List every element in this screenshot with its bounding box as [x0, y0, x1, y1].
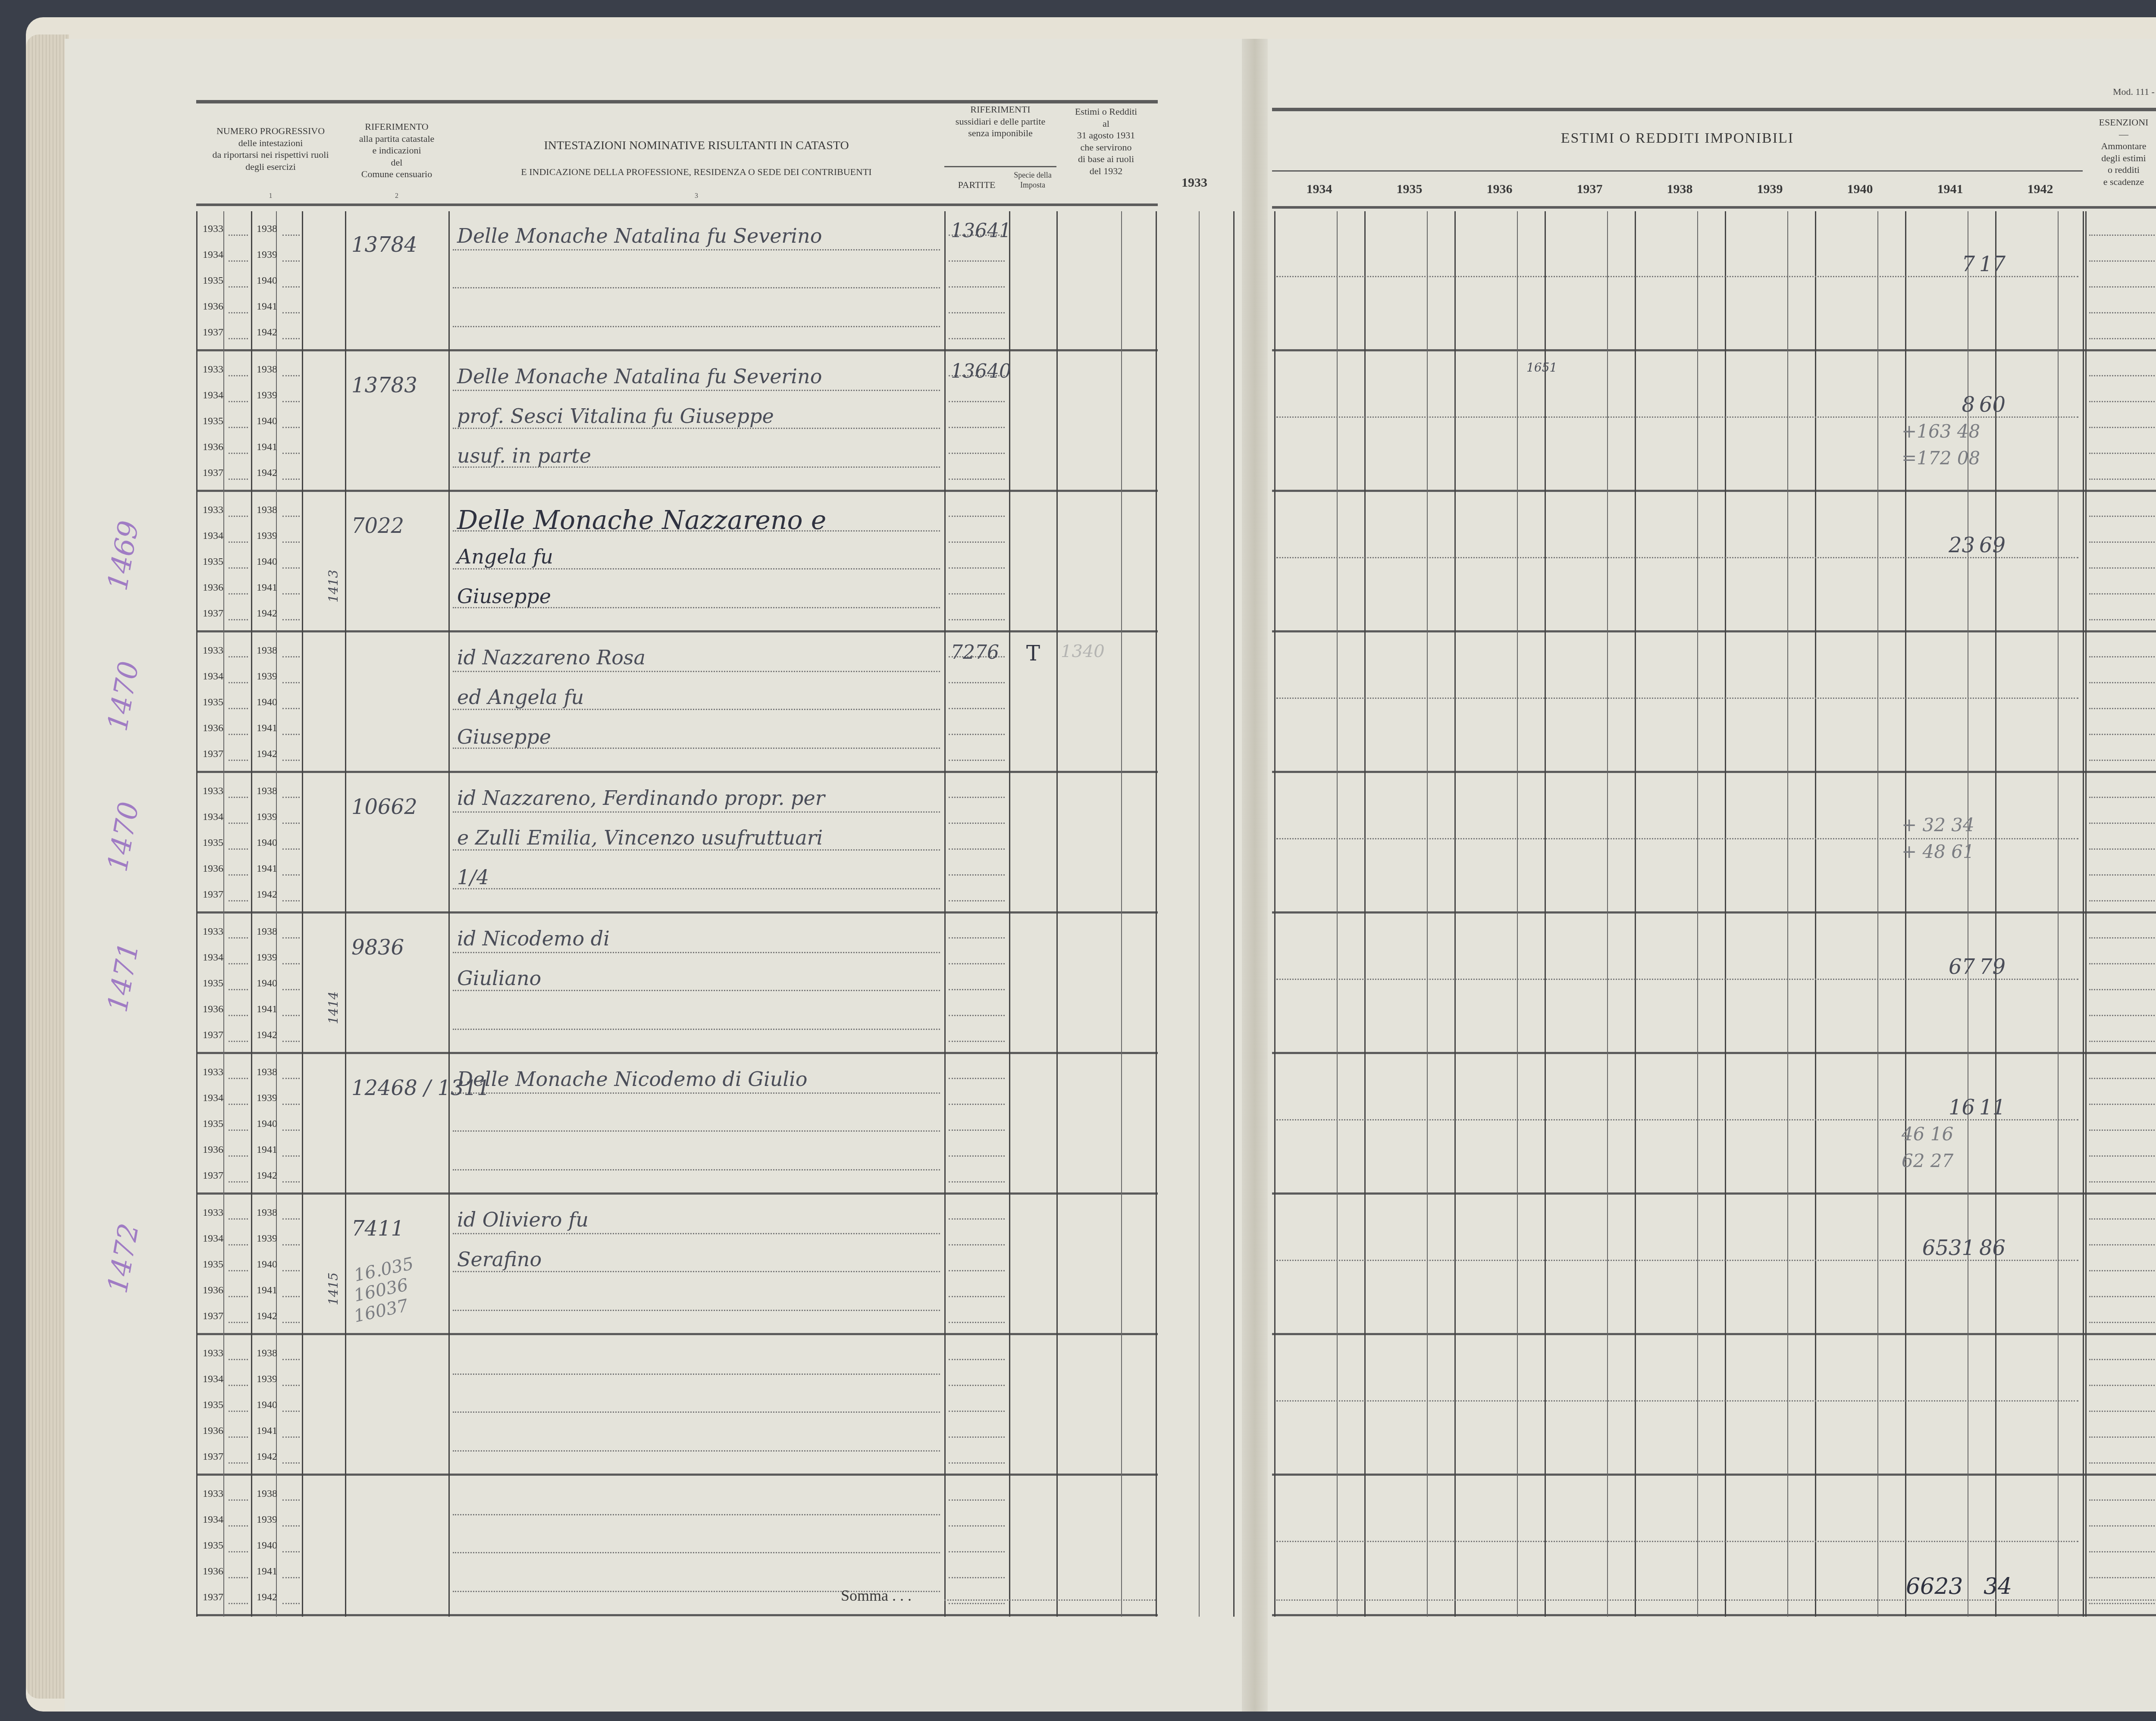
- year-label: 1937: [203, 608, 223, 620]
- year-label: 1942: [257, 748, 277, 760]
- year-label: 1939: [257, 1374, 277, 1385]
- header-esenzioni: ESENZIONI — Ammontare degli estimi o red…: [2083, 116, 2156, 188]
- intestazione-line: id Oliviero fu: [457, 1208, 589, 1231]
- year-label: 1934: [203, 1514, 223, 1526]
- year-label: 1938: [257, 926, 277, 938]
- value-1941: 16: [1906, 1095, 1975, 1120]
- header-riferimenti: RIFERIMENTI sussidiari e delle partite s…: [944, 103, 1056, 139]
- header-year-1935: 1935: [1364, 181, 1454, 197]
- year-label: 1941: [257, 1004, 277, 1015]
- year-label: 1940: [257, 1399, 277, 1411]
- intestazione-line: Delle Monache Nicodemo di Giulio: [457, 1067, 807, 1091]
- riferimento-partita: 7022: [351, 514, 404, 538]
- header-year-1939: 1939: [1725, 181, 1815, 197]
- year-label: 1935: [203, 556, 223, 568]
- year-label: 1937: [203, 1029, 223, 1041]
- year-label: 1938: [257, 1207, 277, 1219]
- year-label: 1942: [257, 1170, 277, 1182]
- partite-value: 13641: [951, 220, 1011, 242]
- year-label: 1933: [203, 223, 223, 235]
- year-label: 1935: [203, 1259, 223, 1270]
- year-label: 1936: [203, 301, 223, 313]
- year-label: 1939: [257, 249, 277, 261]
- somma-1941-cents: 34: [1984, 1574, 2012, 1599]
- year-label: 1936: [203, 723, 223, 734]
- year-label: 1937: [203, 889, 223, 901]
- value-1941-cents: 69: [1979, 533, 2006, 557]
- year-label: 1941: [257, 1144, 277, 1156]
- year-label: 1935: [203, 978, 223, 989]
- year-label: 1937: [203, 1592, 223, 1603]
- right-page: [1257, 39, 2156, 1712]
- intestazione-line: id Nazzareno, Ferdinando propr. per: [457, 786, 825, 810]
- year-label: 1933: [203, 504, 223, 516]
- header-partite: PARTITE: [944, 179, 1009, 191]
- header-year-1938: 1938: [1635, 181, 1725, 197]
- year-label: 1936: [203, 1144, 223, 1156]
- value-1941: 8: [1906, 393, 1975, 417]
- year-label: 1937: [203, 467, 223, 479]
- year-label: 1933: [203, 1207, 223, 1219]
- year-label: 1940: [257, 1259, 277, 1270]
- year-label: 1937: [203, 1451, 223, 1463]
- colnum-1: 1: [196, 192, 345, 200]
- value-1941: 23: [1906, 533, 1975, 557]
- year-label: 1940: [257, 697, 277, 708]
- intestazione-line: 1/4: [457, 866, 489, 889]
- year-label: 1942: [257, 327, 277, 338]
- somma-1941-value: 6623: [1906, 1574, 1963, 1599]
- year-label: 1941: [257, 582, 277, 594]
- somma-label: Somma . . .: [841, 1586, 912, 1605]
- year-label: 1940: [257, 416, 277, 427]
- year-label: 1933: [203, 645, 223, 657]
- header-estimi-1931: Estimi o Redditi al 31 agosto 1931 che s…: [1056, 106, 1156, 177]
- year-label: 1940: [257, 275, 277, 287]
- year-label: 1934: [203, 530, 223, 542]
- value-1941-cents: 79: [1979, 955, 2006, 979]
- year-label: 1937: [203, 327, 223, 338]
- year-label: 1942: [257, 608, 277, 620]
- year-label: 1935: [203, 837, 223, 849]
- year-label: 1941: [257, 723, 277, 734]
- year-label: 1936: [203, 863, 223, 875]
- year-label: 1937: [203, 748, 223, 760]
- riferimento-partita: 13784: [351, 233, 417, 257]
- riferimento-partita: 7411: [351, 1217, 404, 1241]
- form-code: Mod. 111 - Imposte Dirette (Intercalare): [2113, 86, 2156, 97]
- header-year-1934: 1934: [1274, 181, 1364, 197]
- colnum-3: 3: [448, 192, 944, 200]
- year-label: 1938: [257, 785, 277, 797]
- header-year-1940: 1940: [1815, 181, 1905, 197]
- year-label: 1940: [257, 978, 277, 989]
- year-label: 1938: [257, 645, 277, 657]
- year-label: 1938: [257, 504, 277, 516]
- value-1941-calc: +163 48: [1902, 421, 1980, 442]
- year-label: 1940: [257, 1540, 277, 1552]
- year-label: 1939: [257, 390, 277, 401]
- value-1941-calc: 62 27: [1902, 1150, 1953, 1171]
- value-1941-calc: + 32 34: [1902, 814, 1974, 835]
- year-label: 1941: [257, 1425, 277, 1437]
- intestazione-line: e Zulli Emilia, Vincenzo usufruttuari: [457, 826, 823, 849]
- value-1941-cents: 17: [1979, 252, 2006, 276]
- intestazione-line: Giuseppe: [457, 725, 551, 748]
- year-label: 1936: [203, 1004, 223, 1015]
- year-label: 1934: [203, 1233, 223, 1245]
- year-label: 1940: [257, 837, 277, 849]
- year-label: 1941: [257, 863, 277, 875]
- year-label: 1935: [203, 697, 223, 708]
- year-label: 1937: [203, 1311, 223, 1322]
- side-note: 1414: [326, 991, 341, 1024]
- year-label: 1936: [203, 1285, 223, 1296]
- pencil-note: 1651: [1526, 360, 1557, 375]
- header-year-1933: 1933: [1156, 175, 1233, 191]
- year-label: 1933: [203, 1067, 223, 1078]
- intestazione-line: Delle Monache Natalina fu Severino: [457, 365, 822, 388]
- header-specie: Specie della Imposta: [1009, 170, 1056, 190]
- year-label: 1935: [203, 1118, 223, 1130]
- value-1941-calc: + 48 61: [1902, 841, 1974, 862]
- year-label: 1938: [257, 223, 277, 235]
- year-label: 1940: [257, 556, 277, 568]
- intestazione-line: Giuliano: [457, 967, 541, 990]
- intestazione-line: usuf. in parte: [457, 444, 591, 467]
- value-1941-calc: =172 08: [1902, 447, 1980, 469]
- year-label: 1939: [257, 952, 277, 964]
- year-label: 1942: [257, 889, 277, 901]
- year-label: 1937: [203, 1170, 223, 1182]
- header-riferimento: RIFERIMENTO alla partita catastale e ind…: [345, 121, 448, 180]
- header-year-1942: 1942: [1995, 181, 2085, 197]
- intestazione-line: prof. Sesci Vitalina fu Giuseppe: [457, 404, 774, 428]
- year-label: 1941: [257, 1566, 277, 1577]
- year-label: 1938: [257, 1348, 277, 1359]
- header-year-1936: 1936: [1454, 181, 1545, 197]
- year-label: 1935: [203, 1540, 223, 1552]
- year-label: 1934: [203, 811, 223, 823]
- header-year-1937: 1937: [1545, 181, 1635, 197]
- intestazione-line: Serafino: [457, 1248, 542, 1271]
- year-label: 1936: [203, 441, 223, 453]
- year-label: 1938: [257, 364, 277, 375]
- year-label: 1934: [203, 1374, 223, 1385]
- header-intestazioni: INTESTAZIONI NOMINATIVE RISULTANTI IN CA…: [448, 138, 944, 153]
- book-gutter: [1242, 39, 1268, 1712]
- year-label: 1933: [203, 1488, 223, 1500]
- riferimento-partita: 9836: [351, 936, 404, 960]
- value-1941-calc: 46 16: [1902, 1123, 1953, 1145]
- side-note: 1415: [326, 1272, 341, 1305]
- year-label: 1933: [203, 785, 223, 797]
- year-label: 1935: [203, 1399, 223, 1411]
- intestazione-line: id Nicodemo di: [457, 927, 610, 950]
- year-label: 1940: [257, 1118, 277, 1130]
- year-label: 1942: [257, 1311, 277, 1322]
- year-label: 1941: [257, 1285, 277, 1296]
- year-label: 1934: [203, 671, 223, 682]
- value-1941: 7: [1906, 252, 1975, 276]
- year-label: 1936: [203, 1566, 223, 1577]
- year-label: 1938: [257, 1488, 277, 1500]
- year-label: 1939: [257, 1514, 277, 1526]
- pencil-note: 1340: [1061, 641, 1105, 661]
- year-label: 1942: [257, 1592, 277, 1603]
- left-page-edges: [26, 34, 69, 1699]
- intestazione-line: Delle Monache Natalina fu Severino: [457, 224, 822, 247]
- year-label: 1942: [257, 1029, 277, 1041]
- intestazione-line: Delle Monache Nazzareno e: [457, 505, 826, 535]
- year-label: 1939: [257, 811, 277, 823]
- year-label: 1933: [203, 364, 223, 375]
- year-label: 1936: [203, 1425, 223, 1437]
- year-label: 1942: [257, 1451, 277, 1463]
- year-label: 1933: [203, 1348, 223, 1359]
- value-1941: 6531: [1906, 1236, 1975, 1260]
- intestazione-line: Angela fu: [457, 545, 553, 568]
- value-1941: 67: [1906, 955, 1975, 979]
- partite-value: 13640: [951, 360, 1011, 382]
- year-label: 1939: [257, 530, 277, 542]
- year-label: 1935: [203, 416, 223, 427]
- year-label: 1939: [257, 1233, 277, 1245]
- intestazione-line: Giuseppe: [457, 585, 551, 608]
- partite-value: 7276: [951, 641, 999, 663]
- year-label: 1939: [257, 671, 277, 682]
- riferimento-partita: 10662: [351, 795, 417, 819]
- year-label: 1942: [257, 467, 277, 479]
- year-label: 1935: [203, 275, 223, 287]
- header-year-1941: 1941: [1905, 181, 1995, 197]
- side-note: 1413: [326, 569, 341, 602]
- year-label: 1934: [203, 390, 223, 401]
- intestazione-line: ed Angela fu: [457, 685, 584, 709]
- year-label: 1934: [203, 1092, 223, 1104]
- header-numero-progressivo: NUMERO PROGRESSIVO delle intestazioni da…: [196, 125, 345, 172]
- year-label: 1934: [203, 249, 223, 261]
- value-1941-cents: 11: [1979, 1095, 2006, 1120]
- intestazione-line: id Nazzareno Rosa: [457, 646, 646, 669]
- year-label: 1938: [257, 1067, 277, 1078]
- header-estimi-imponibili: ESTIMI O REDDITI IMPONIBILI: [1272, 129, 2083, 148]
- year-label: 1939: [257, 1092, 277, 1104]
- colnum-2: 2: [345, 192, 448, 200]
- year-label: 1933: [203, 926, 223, 938]
- year-label: 1941: [257, 441, 277, 453]
- year-label: 1934: [203, 952, 223, 964]
- header-intestazioni-subtitle: E INDICAZIONE DELLA PROFESSIONE, RESIDEN…: [448, 166, 944, 178]
- value-1941-cents: 86: [1979, 1236, 2006, 1260]
- year-label: 1941: [257, 301, 277, 313]
- year-label: 1936: [203, 582, 223, 594]
- value-1941-cents: 60: [1979, 393, 2006, 417]
- specie-value: T: [1026, 641, 1040, 666]
- riferimento-partita: 13783: [351, 373, 417, 397]
